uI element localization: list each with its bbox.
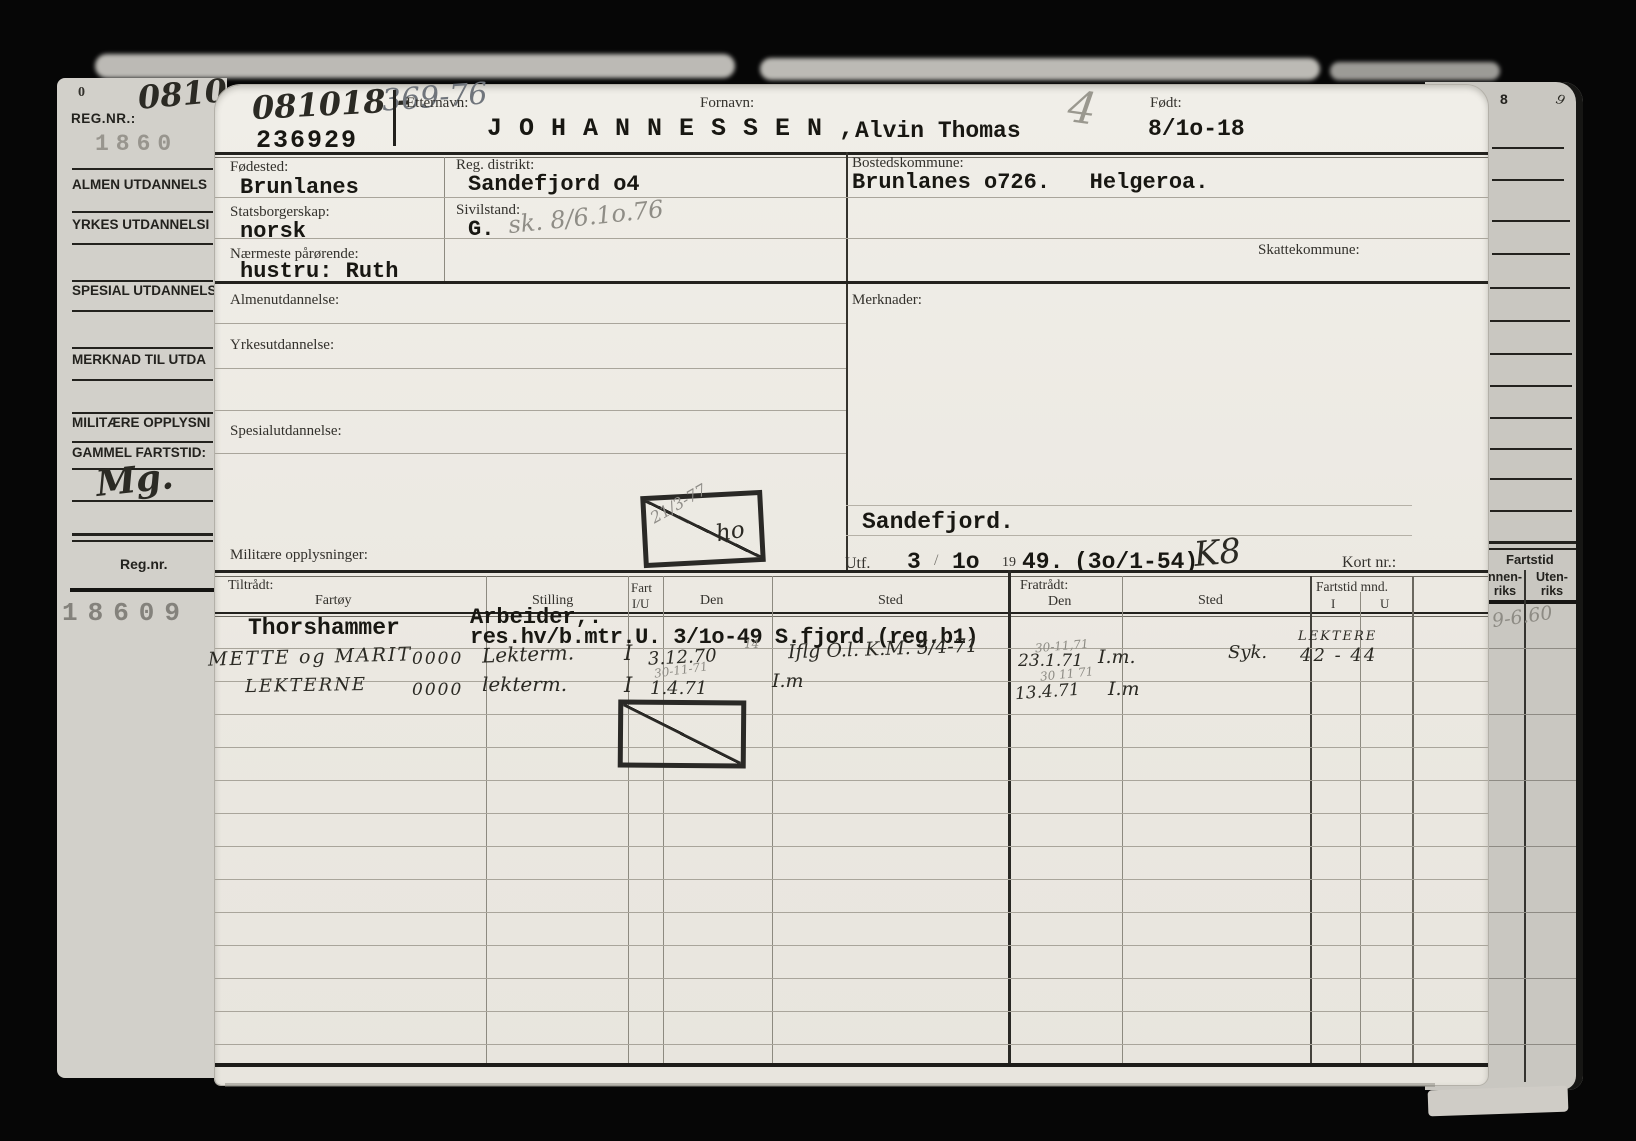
tiltradt-label: Tiltrådt: [228,579,273,594]
col-fartstid-i: I [1331,597,1335,611]
divider [72,540,213,542]
divider [72,243,213,245]
faint-rule [215,238,846,239]
faint-rule [846,238,1488,239]
col-fartstid-u: U [1380,597,1389,611]
right-card-rule [1492,147,1564,149]
header-divider [393,90,396,146]
parorende-value: hustru: Ruth [240,260,398,283]
bottom-card-sliver [1428,1086,1569,1117]
utstedelse-sted: Sandefjord. [862,510,1014,534]
table-top-divider [215,570,1488,573]
etternavn-label: Etternavn: [406,96,468,112]
right-card-innenriks-header: nnen- riks [1486,571,1524,599]
table-header-divider [215,616,1488,617]
faint-rule [215,368,846,369]
right-card-rule [1488,600,1576,604]
statsborgerskap-value: norsk [240,220,306,243]
fodested-label: Fødested: [230,160,288,176]
skattekommune-label: Skattekommune: [1258,243,1360,259]
utf-initials: K8 [1193,534,1243,574]
divider [72,500,213,502]
right-card-rule [1492,179,1564,181]
table-row-tonnage: 0000 [412,682,463,700]
mid-column-divider [846,152,848,570]
right-card-rule [1492,220,1570,222]
table-row-merknad: Syk. [1228,644,1267,663]
left-card-label-spesial: SPESIAL UTDANNELS [72,284,217,298]
faint-rule [215,410,846,411]
table-row-fratradt-sted: I.m [1108,680,1140,700]
table-row-line [215,846,1488,847]
table-row-line [215,879,1488,880]
left-card-regnr-label: REG.NR.: [71,112,136,126]
divider [72,533,213,536]
divider [72,168,213,170]
section-divider [215,281,1488,284]
right-card-rule [1488,541,1576,544]
col-sted: Sted [878,594,903,609]
left-card-label-militare: MILITÆRE OPPLYSNI [72,416,210,430]
table-row-line [215,978,1488,979]
table-row-den: 1.4.71 [650,680,707,699]
left-card-stamp-number-bottom: 18609 [62,600,190,627]
right-card-rule [1490,353,1572,355]
right-card-rule [1490,320,1570,322]
right-card-rule [1490,448,1572,450]
table-row-line [215,912,1488,913]
card-bottom-edge [225,1083,1435,1087]
divider [72,211,213,213]
divider [72,347,213,349]
right-card-rule [1490,510,1572,512]
col-fartstid: Fartstid mnd. [1316,580,1388,594]
table-column-line [1008,570,1011,1063]
left-card-label-merknad: MERKNAD TIL UTDA [72,353,206,367]
right-card-rule [1492,253,1570,255]
table-row-line [215,747,1488,748]
table-row-fartoy: Thorshammer [248,616,400,640]
right-card-rule [1490,417,1572,419]
bostedskommune-value: Brunlanes o726. Helgeroa. [852,171,1208,194]
divider [72,412,213,414]
right-card-faint-rule [1488,1044,1576,1045]
left-card-regnr-footer: Reg.nr. [120,557,167,572]
divider [72,441,213,443]
faint-rule [846,535,1412,536]
left-card-handwritten-note: Mg. [94,458,175,504]
table-top-divider [215,576,1488,577]
cancellation-stamp [640,490,766,568]
right-card-faint-rule [1488,846,1576,847]
col-iu: I/U [632,597,649,611]
table-row-fart: I [624,642,632,664]
table-row-fratradt-sted: I.m. [1098,648,1136,668]
register-card [215,85,1488,1085]
table-row-den-note: 14 [744,638,759,651]
fornavn-label: Fornavn: [700,96,754,112]
left-card-corner-digit: 0 [78,86,85,101]
almenutdannelse-label: Almenutdannelse: [230,293,339,309]
left-card-stamp-number: 1860 [95,132,178,156]
utf-century: 19 [1002,556,1016,571]
table-row-fartstid-note: LEKTERE [1298,630,1377,644]
left-card-label-yrkes: YRKES UTDANNELSI [72,218,209,232]
merknader-label: Merknader: [852,293,922,309]
left-card-label-almen: ALMEN UTDANNELS [72,178,207,192]
divider [72,310,213,312]
col-fartoy: Fartøy [315,594,352,609]
right-card-rule [1490,478,1572,480]
table-row-line [215,945,1488,946]
right-card-faint-rule [1488,780,1576,781]
reg-distrikt-value: Sandefjord o4 [468,173,640,196]
table-row-fartstid: 42 - 44 [1300,647,1377,666]
etternavn-value: J O H A N N E S S E N , [487,116,855,142]
right-card-rule [1490,385,1572,387]
table-bottom-divider [215,1063,1488,1067]
right-card-utenriks-header: Uten- riks [1532,571,1572,599]
right-card-rule [1488,548,1576,550]
col-den: Den [700,594,723,609]
table-row-tonnage: 0000 [412,651,463,669]
faint-rule [215,453,846,454]
table-row-fartoy: LEKTERNE [245,676,367,697]
divider [70,588,215,592]
fodt-value: 8/1o-18 [1148,117,1245,141]
fornavn-value: Alvin Thomas [855,119,1021,143]
scan-streak [760,58,1320,80]
faint-rule [215,323,846,324]
scanned-register-card-page: 0 REG.NR.: 0810 1860 ALMEN UTDANNELS YRK… [0,0,1636,1141]
stamp-initials-note: ho [714,518,746,547]
typed-register-number: 236929 [256,128,358,154]
divider [72,280,213,282]
col-sted2: Sted [1198,594,1223,609]
scan-streak [1330,62,1500,80]
table-row-line [215,1044,1488,1045]
table-row-fart: I [624,674,632,696]
fodt-label: Født: [1150,96,1182,112]
faint-rule [846,197,1488,198]
table-row-line [215,813,1488,814]
table-row-line [215,1011,1488,1012]
divider [72,379,213,381]
table-row-line [215,780,1488,781]
right-card-fartstid-header: Fartstid [1506,553,1554,567]
right-card-column-divider [1524,570,1526,1082]
right-card-page-number-8: 8 [1500,92,1508,107]
table-row-line [215,681,1488,682]
faint-rule [215,197,846,198]
table-header-divider [215,612,1488,614]
utf-slash: / [934,553,938,570]
spesialutdannelse-label: Spesialutdannelse: [230,424,342,440]
right-card-faint-rule [1488,714,1576,715]
sub-column-divider [444,157,445,281]
right-card-rule [1490,287,1570,289]
fratradt-label: Fratrådt: [1020,579,1068,594]
empty-cancellation-stamp [618,699,747,768]
faint-rule [846,505,1412,506]
table-row-line [215,714,1488,715]
col-den2: Den [1048,595,1071,610]
table-row-stilling: lekterm. [482,674,567,695]
col-fart: Fart [631,581,652,595]
fodested-value: Brunlanes [240,176,359,199]
right-card-faint-rule [1488,912,1576,913]
yrkesutdannelse-label: Yrkesutdannelse: [230,338,334,354]
table-row-stilling: Lekterm. [482,642,575,666]
right-card-faint-rule [1488,648,1576,649]
table-column-line [1412,576,1414,1063]
table-row-sted: I.m [772,672,804,692]
militare-label: Militære opplysninger: [230,548,368,564]
right-card-faint-rule [1488,978,1576,979]
